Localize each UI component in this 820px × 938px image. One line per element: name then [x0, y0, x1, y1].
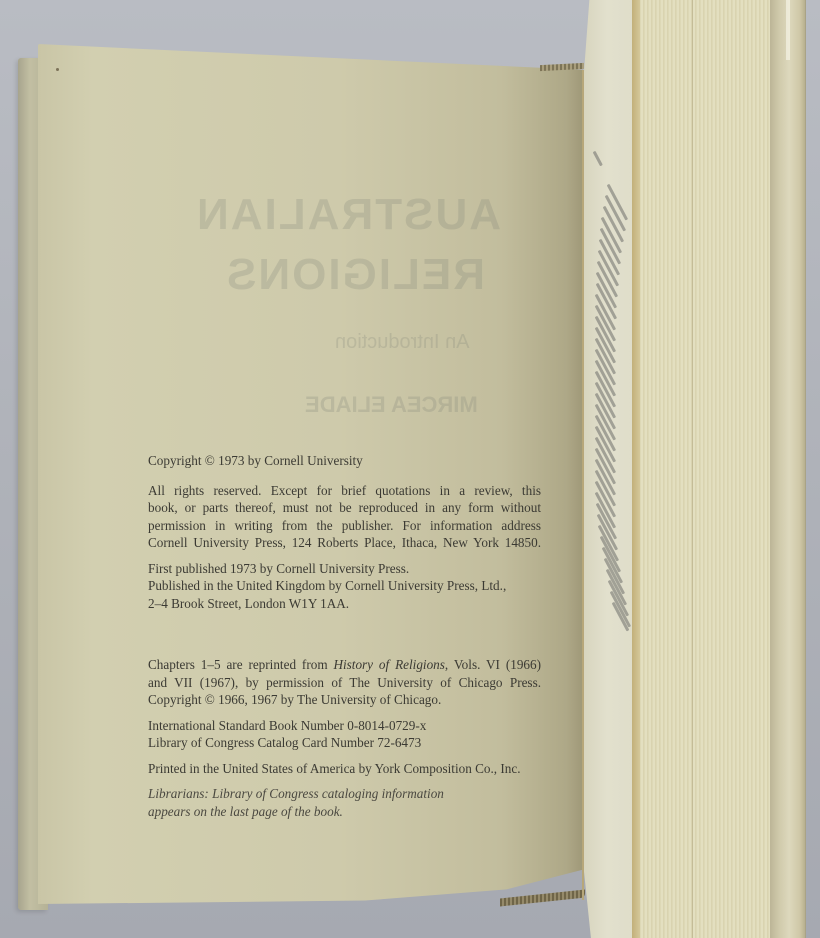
cover-highlight	[786, 0, 790, 60]
page-block-edge	[632, 0, 640, 938]
printer-line: Printed in the United States of America …	[148, 760, 541, 778]
front-cover-board	[770, 0, 806, 938]
rights-line: Cornell University Press, 124 Roberts Pl…	[148, 534, 541, 552]
gutter	[582, 70, 584, 900]
rights-paragraph: All rights reserved. Except for brief qu…	[148, 482, 541, 552]
librarians-line: appears on the last page of the book.	[148, 803, 541, 821]
reprint-prefix: Chapters 1–5 are reprinted from	[148, 657, 333, 672]
page-block-split	[692, 0, 693, 938]
librarians-line: Librarians: Library of Congress catalogi…	[148, 785, 541, 803]
rights-line: permission in writing from the publisher…	[148, 517, 541, 535]
journal-title: History of Religions	[333, 657, 444, 672]
reprint-line1: Chapters 1–5 are reprinted from History …	[148, 656, 541, 674]
page-block	[640, 0, 775, 938]
publication-line: 2–4 Brook Street, London W1Y 1AA.	[148, 595, 541, 613]
publication-line: Published in the United Kingdom by Corne…	[148, 577, 541, 595]
identifiers: International Standard Book Number 0-801…	[148, 717, 541, 752]
reprint-line3: Copyright © 1966, 1967 by The University…	[148, 691, 541, 709]
blurred-line	[593, 151, 603, 167]
isbn: International Standard Book Number 0-801…	[148, 717, 541, 735]
copyright-text-block: Copyright © 1973 by Cornell University A…	[148, 452, 541, 828]
rights-line: All rights reserved. Except for brief qu…	[148, 482, 541, 500]
photo-scene: AUSTRALIAN RELIGIONS An Introduction MIR…	[0, 0, 820, 938]
paper-speck	[56, 68, 59, 71]
rights-line: book, or parts thereof, must not be repr…	[148, 499, 541, 517]
reprint-line2: and VII (1967), by permission of The Uni…	[148, 674, 541, 692]
publication-info: First published 1973 by Cornell Universi…	[148, 560, 541, 613]
reprint-notice: Chapters 1–5 are reprinted from History …	[148, 656, 541, 709]
reprint-suffix: , Vols. VI (1966)	[445, 657, 541, 672]
copyright-line: Copyright © 1973 by Cornell University	[148, 452, 541, 470]
librarians-note: Librarians: Library of Congress catalogi…	[148, 785, 541, 820]
lccn: Library of Congress Catalog Card Number …	[148, 734, 541, 752]
publication-line: First published 1973 by Cornell Universi…	[148, 560, 541, 578]
tailband	[500, 890, 585, 907]
